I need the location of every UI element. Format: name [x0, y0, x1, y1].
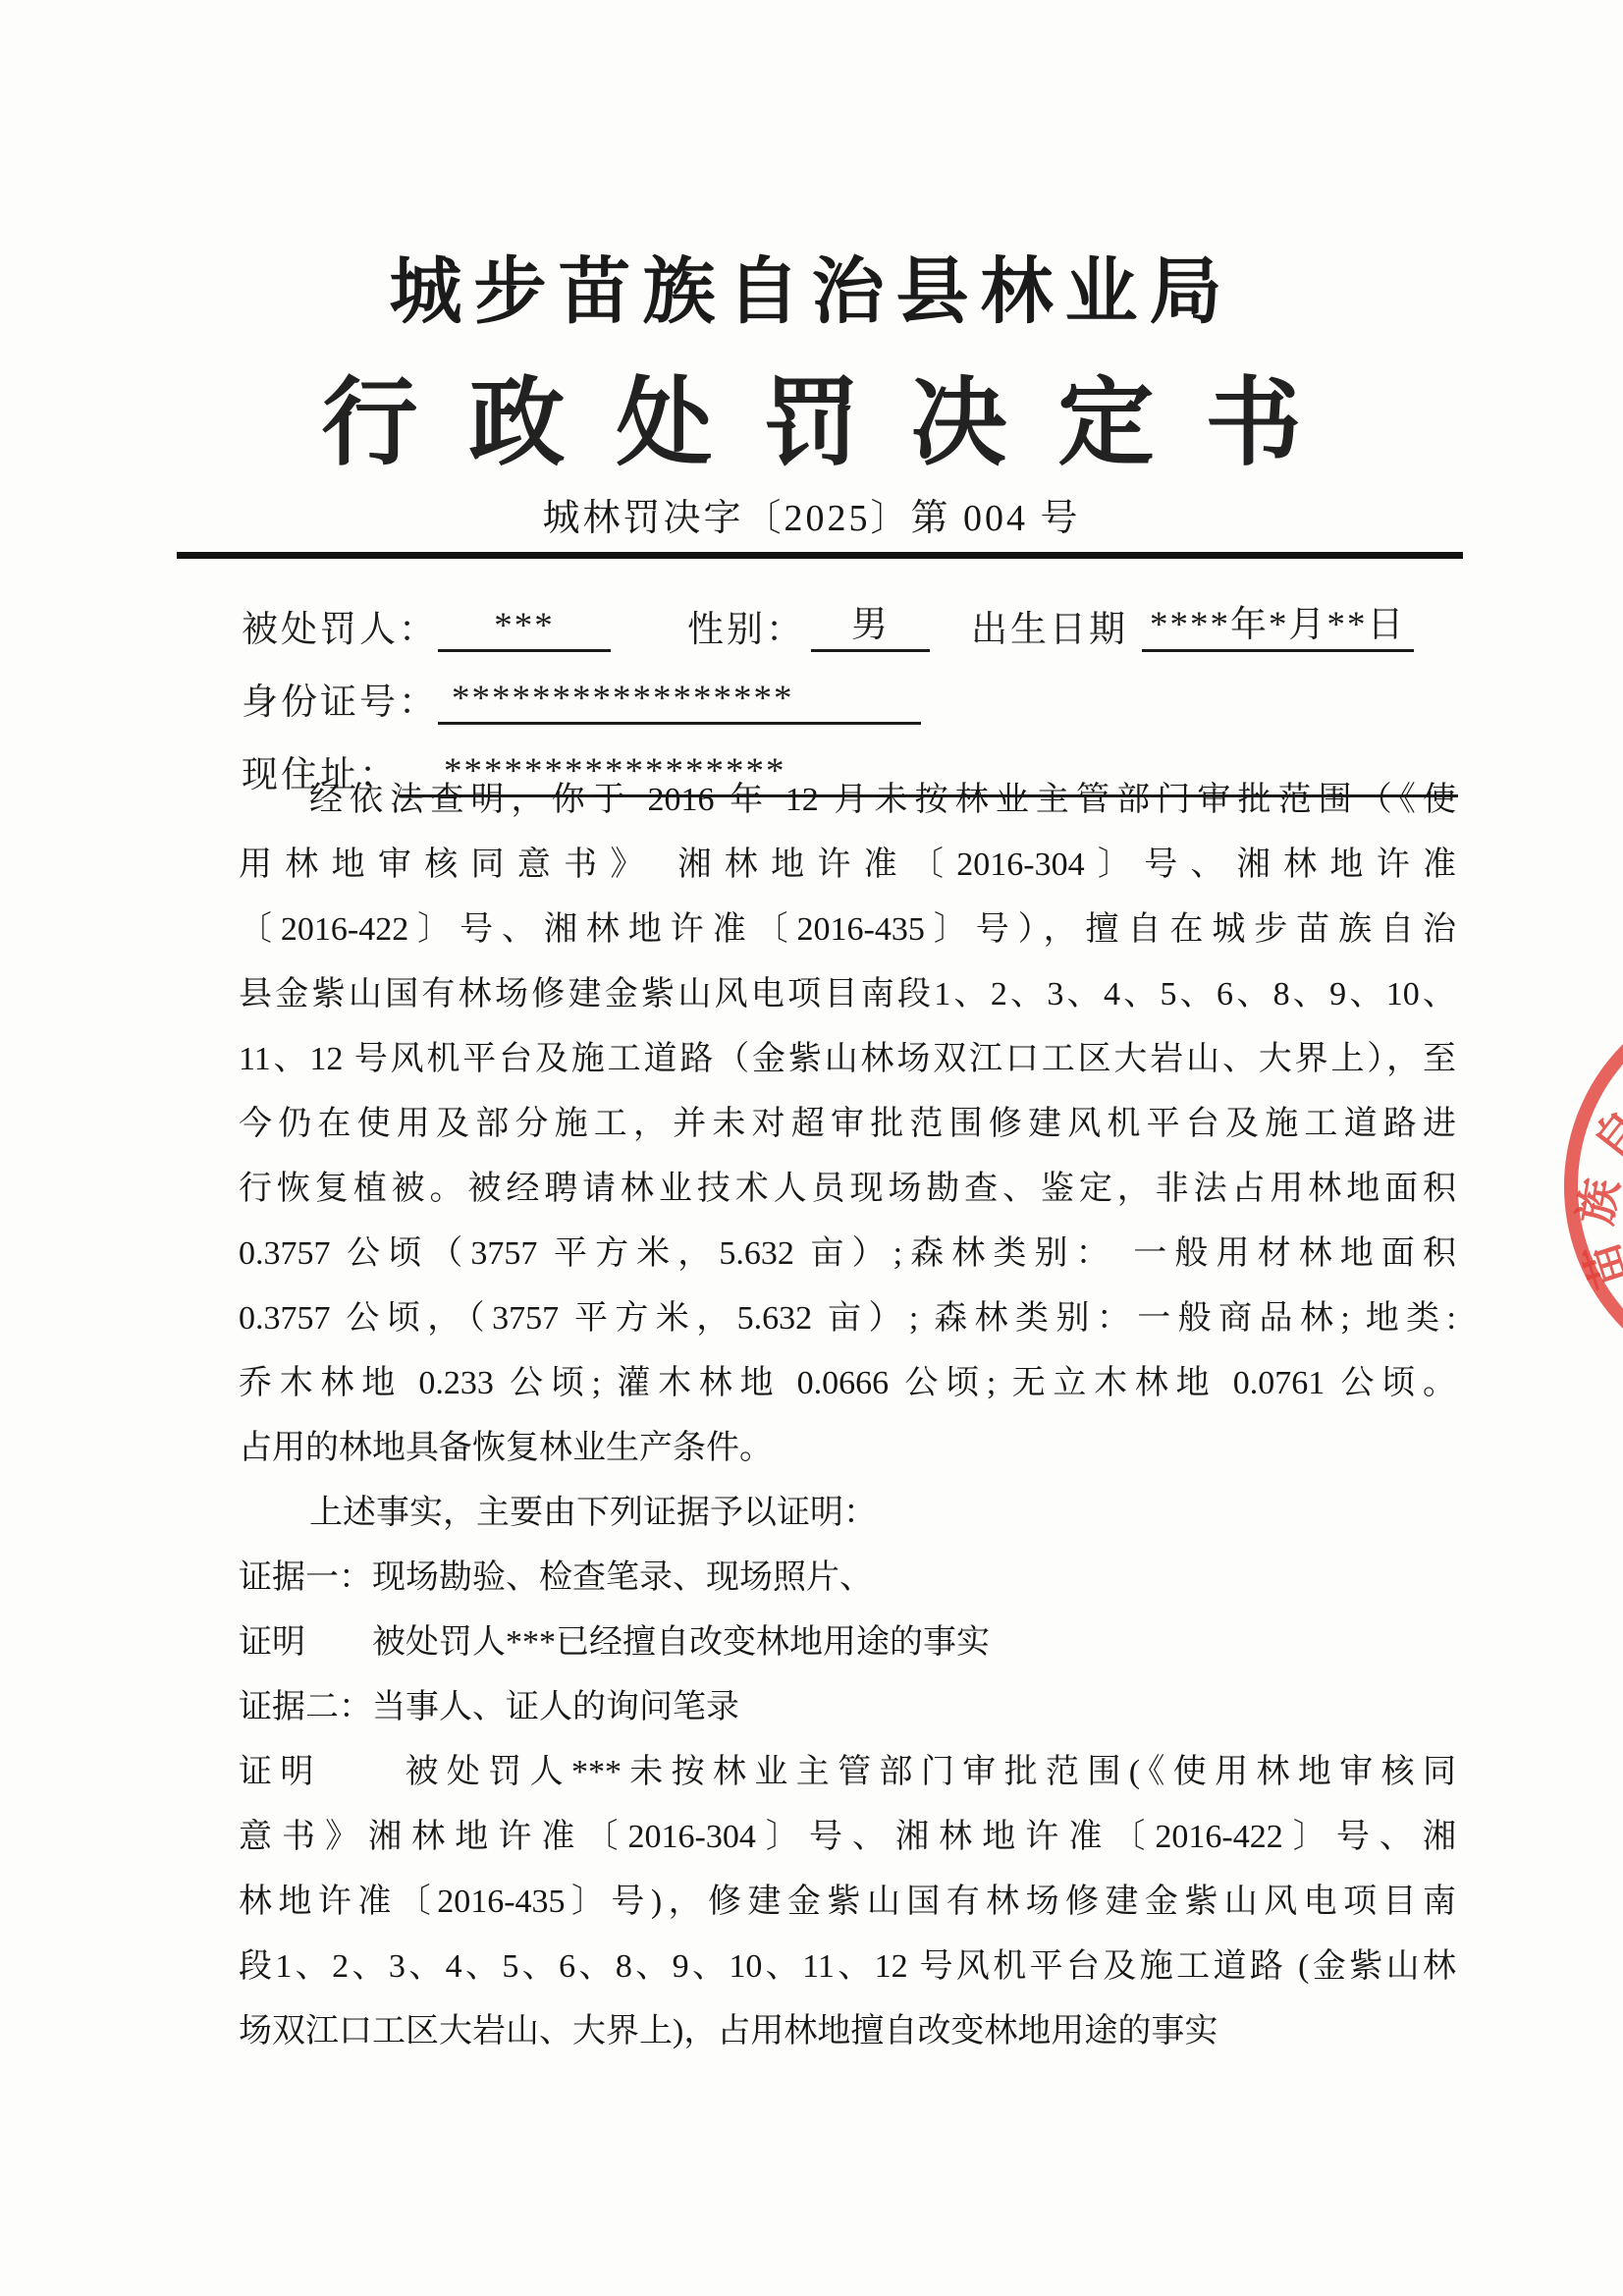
- doc-type-title: 行政处罚决定书: [0, 346, 1623, 484]
- body-line: 11、12 号风机平台及施工道路（金紫山林场双江口工区大岩山、大界上），至: [239, 1027, 1456, 1092]
- body-line: 〔2016-422〕号、湘林地许准〔2016-435〕号），擅自在城步苗族自治: [239, 898, 1456, 962]
- body-line: 用林地审核同意书》 湘林地许准〔2016-304〕号、湘林地许准: [239, 833, 1456, 898]
- evidence-line: 证明 被处罚人***已经擅自改变林地用途的事实: [239, 1611, 1456, 1675]
- id-number-row: 身份证号： *****************: [242, 652, 1458, 725]
- evidence-line: 证据二：当事人、证人的询问笔录: [239, 1675, 1456, 1740]
- evidence-line: 段1、2、3、4、5、6、8、9、10、11、12 号风机平台及施工道路 (金紫…: [239, 1935, 1456, 1999]
- body-line: 上述事实，主要由下列证据予以证明：: [239, 1481, 1456, 1546]
- evidence-line: 证据一：现场勘验、检查笔录、现场照片、: [239, 1546, 1456, 1611]
- penalized-person-value: ***: [438, 605, 611, 652]
- bureau-title: 城步苗族自治县林业局: [0, 234, 1623, 338]
- body-line: 0.3757 公顷（3757 平方米，5.632 亩）;森林类别： 一般用材林地…: [239, 1222, 1456, 1286]
- body-line: 经依法查明，你于 2016 年 12 月未按林业主管部门审批范围（《使: [239, 768, 1456, 833]
- body-line: 行恢复植被。被经聘请林业技术人员现场勘查、鉴定，非法占用林地面积: [239, 1157, 1456, 1222]
- body-line: 0.3757 公顷，（3757 平方米，5.632 亩）; 森林类别：一般商品林…: [239, 1286, 1456, 1351]
- evidence-line: 场双江口工区大岩山、大界上)，占用林地擅自改变林地用途的事实: [239, 1999, 1456, 2064]
- gender-value: 男: [811, 594, 930, 652]
- evidence-line: 意书》湘林地许准〔2016-304〕号、湘林地许准〔2016-422〕号、湘: [239, 1805, 1456, 1870]
- body-line: 占用的林地具备恢复林业生产条件。: [239, 1416, 1456, 1481]
- person-row: 被处罚人： *** 性别： 男 出生日期 ****年*月**日: [242, 579, 1458, 652]
- id-number-label: 身份证号：: [242, 672, 438, 725]
- party-info-section: 被处罚人： *** 性别： 男 出生日期 ****年*月**日 身份证号： **…: [242, 579, 1458, 797]
- doc-number: 城林罚决字〔2025〕第 004 号: [0, 487, 1623, 541]
- evidence-line: 证明 被处罚人***未按林业主管部门审批范围(《使用林地审核同: [239, 1740, 1456, 1805]
- penalized-person-label: 被处罚人：: [242, 599, 438, 652]
- birth-date-value: ****年*月**日: [1142, 594, 1414, 652]
- body-line: 县金紫山国有林场修建金紫山风电项目南段1、2、3、4、5、6、8、9、10、: [239, 962, 1456, 1027]
- body-line: 乔木林地 0.233 公顷; 灌木林地 0.0666 公顷; 无立木林地 0.0…: [239, 1351, 1456, 1416]
- decision-body: 经依法查明，你于 2016 年 12 月未按林业主管部门审批范围（《使 用林地审…: [239, 768, 1456, 2064]
- evidence-line: 林地许准〔2016-435〕号)，修建金紫山国有林场修建金紫山风电项目南: [239, 1870, 1456, 1935]
- birth-date-label: 出生日期: [971, 599, 1128, 652]
- body-line: 今仍在使用及部分施工，并未对超审批范围修建风机平台及施工道路进: [239, 1092, 1456, 1157]
- id-number-value: *****************: [438, 678, 921, 725]
- gender-label: 性别：: [687, 599, 805, 652]
- header-divider: [177, 552, 1463, 559]
- document-page: 城步苗族自治县林业局 行政处罚决定书 城林罚决字〔2025〕第 004 号 被处…: [0, 0, 1623, 2296]
